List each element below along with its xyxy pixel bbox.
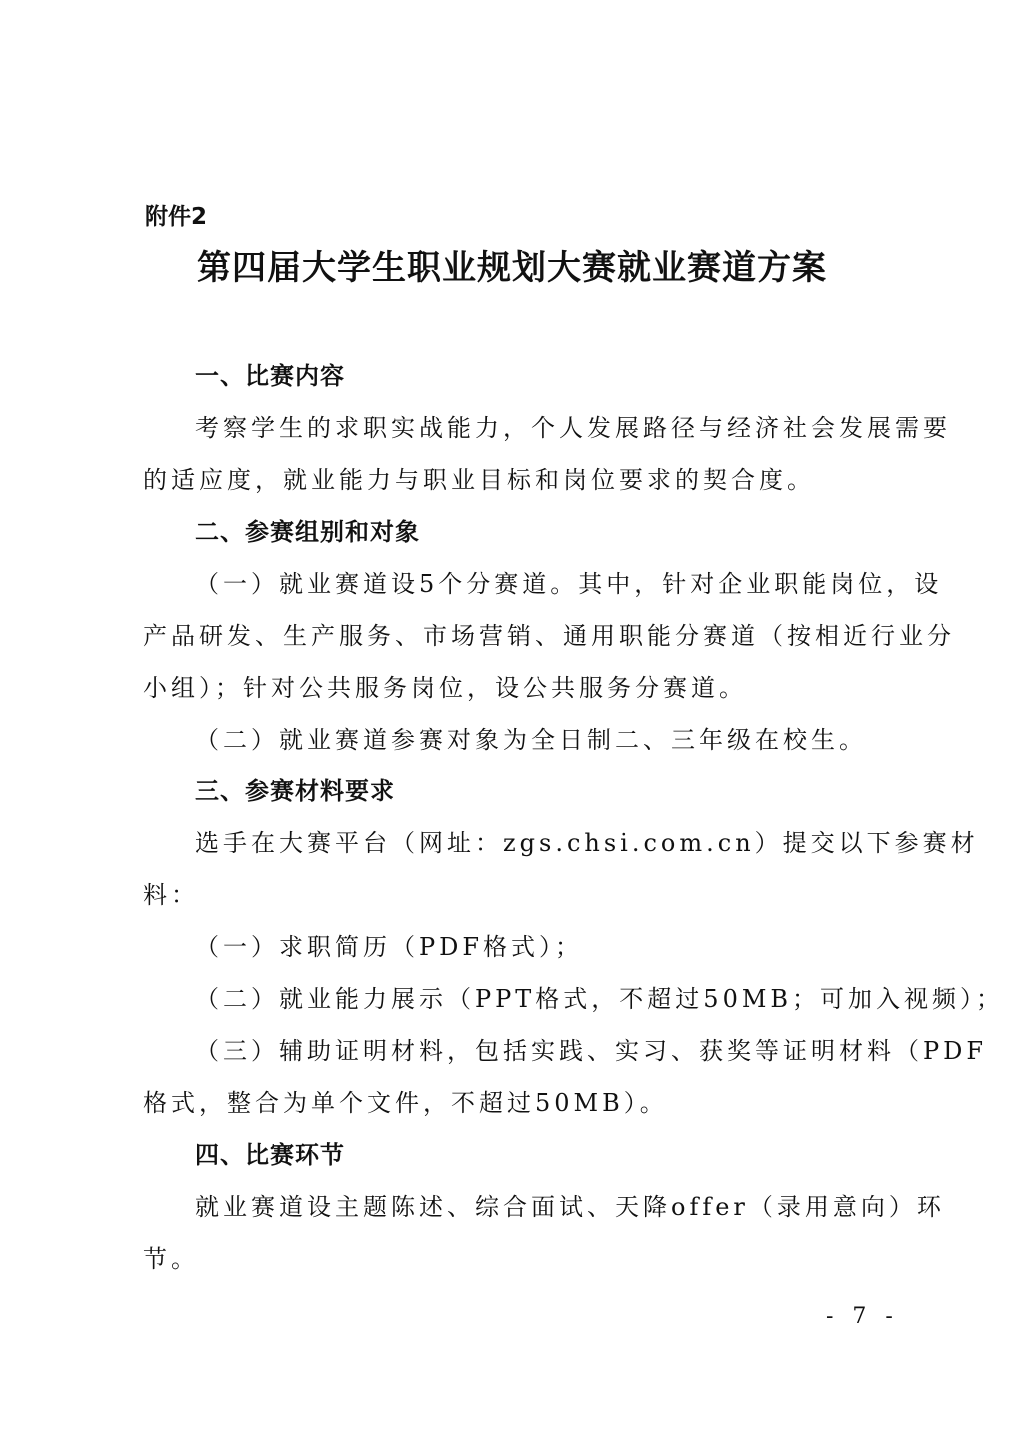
- paragraph-line: （二）就业赛道参赛对象为全日制二、三年级在校生。: [195, 720, 867, 755]
- document-page: 附件2 第四届大学生职业规划大赛就业赛道方案 一、比赛内容 考察学生的求职实战能…: [0, 0, 1024, 1452]
- paragraph-line: （一）就业赛道设5个分赛道。其中，针对企业职能岗位，设: [195, 564, 942, 599]
- paragraph-line: （一）求职简历（PDF格式）；: [195, 927, 583, 962]
- paragraph-line: （二）就业能力展示（PPT格式，不超过50MB；可加入视频）；: [195, 979, 1004, 1014]
- paragraph-line: 料：: [143, 875, 199, 910]
- paragraph-line: 就业赛道设主题陈述、综合面试、天降offer（录用意向）环: [195, 1187, 945, 1222]
- paragraph-line: 考察学生的求职实战能力，个人发展路径与经济社会发展需要: [195, 408, 951, 443]
- paragraph-line: 格式，整合为单个文件，不超过50MB）。: [143, 1083, 668, 1118]
- section-heading-2: 二、参赛组别和对象: [195, 512, 420, 547]
- section-heading-4: 四、比赛环节: [195, 1135, 345, 1170]
- attachment-label: 附件2: [145, 198, 207, 231]
- section-heading-3: 三、参赛材料要求: [195, 771, 395, 806]
- paragraph-line: 的适应度，就业能力与职业目标和岗位要求的契合度。: [143, 460, 815, 495]
- paragraph-line: 小组）；针对公共服务岗位，设公共服务分赛道。: [143, 668, 747, 703]
- document-title: 第四届大学生职业规划大赛就业赛道方案: [0, 240, 1024, 289]
- paragraph-line: （三）辅助证明材料，包括实践、实习、获奖等证明材料（PDF: [195, 1031, 987, 1066]
- paragraph-line: 选手在大赛平台（网址：zgs.chsi.com.cn）提交以下参赛材: [195, 823, 979, 858]
- paragraph-line: 产品研发、生产服务、市场营销、通用职能分赛道（按相近行业分: [143, 616, 955, 651]
- page-number: - 7 -: [826, 1304, 899, 1329]
- section-heading-1: 一、比赛内容: [195, 356, 345, 391]
- paragraph-line: 节。: [143, 1239, 199, 1274]
